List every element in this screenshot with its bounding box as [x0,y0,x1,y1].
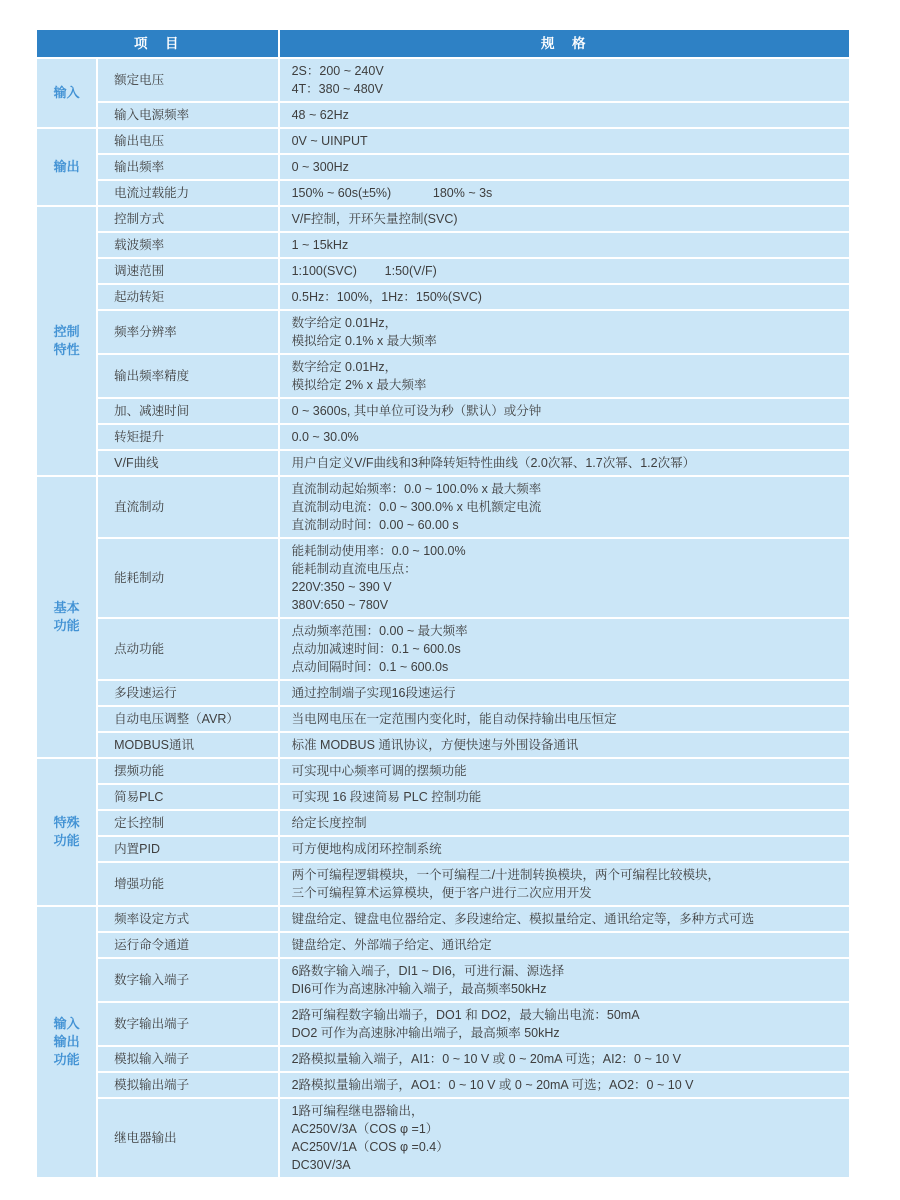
item-cell: 转矩提升 [98,425,277,449]
spec-cell: 2S：200 ~ 240V 4T：380 ~ 480V [280,59,849,101]
table-row: 调速范围1:100(SVC) 1:50(V/F) [37,259,849,283]
table-row: 起动转矩0.5Hz：100%，1Hz：150%(SVC) [37,285,849,309]
item-cell: 频率设定方式 [98,907,277,931]
spec-cell: 150% ~ 60s(±5%) 180% ~ 3s [280,181,849,205]
table-row: 控制 特性控制方式V/F控制，开环矢量控制(SVC) [37,207,849,231]
table-row: 转矩提升0.0 ~ 30.0% [37,425,849,449]
item-cell: 模拟输出端子 [98,1073,277,1097]
spec-cell: 能耗制动使用率：0.0 ~ 100.0% 能耗制动直流电压点： 220V:350… [280,539,849,617]
table-row: 输出频率0 ~ 300Hz [37,155,849,179]
item-cell: 输出频率精度 [98,355,277,397]
table-row: 运行命令通道键盘给定、外部端子给定、通讯给定 [37,933,849,957]
table-row: 输入 输出 功能频率设定方式键盘给定、键盘电位器给定、多段速给定、模拟量给定、通… [37,907,849,931]
table-row: 模拟输出端子2路模拟量输出端子，AO1：0 ~ 10 V 或 0 ~ 20mA … [37,1073,849,1097]
spec-cell: 通过控制端子实现16段速运行 [280,681,849,705]
spec-table: 项 目 规 格 输入额定电压2S：200 ~ 240V 4T：380 ~ 480… [35,28,851,1179]
item-cell: 能耗制动 [98,539,277,617]
table-row: 点动功能点动频率范围：0.00 ~ 最大频率 点动加减速时间：0.1 ~ 600… [37,619,849,679]
group-cell: 输入 [37,59,96,127]
spec-cell: 0 ~ 3600s, 其中单位可设为秒（默认）或分钟 [280,399,849,423]
item-cell: 输出频率 [98,155,277,179]
table-row: 数字输入端子6路数字输入端子，DI1 ~ DI6，可进行漏、源选择 DI6可作为… [37,959,849,1001]
table-row: V/F曲线用户自定义V/F曲线和3种降转矩特性曲线（2.0次幂、1.7次幂、1.… [37,451,849,475]
spec-cell: 0.5Hz：100%，1Hz：150%(SVC) [280,285,849,309]
item-cell: V/F曲线 [98,451,277,475]
table-row: 频率分辨率数字给定 0.01Hz， 模拟给定 0.1% x 最大频率 [37,311,849,353]
spec-cell: 标准 MODBUS 通讯协议，方便快速与外围设备通讯 [280,733,849,757]
item-cell: 输出电压 [98,129,277,153]
spec-cell: 数字给定 0.01Hz， 模拟给定 0.1% x 最大频率 [280,311,849,353]
item-cell: 调速范围 [98,259,277,283]
item-cell: 频率分辨率 [98,311,277,353]
spec-cell: 1路可编程继电器输出， AC250V/3A（COS φ =1） AC250V/1… [280,1099,849,1177]
item-cell: MODBUS通讯 [98,733,277,757]
spec-cell: 2路模拟量输出端子，AO1：0 ~ 10 V 或 0 ~ 20mA 可选；AO2… [280,1073,849,1097]
table-row: 输入额定电压2S：200 ~ 240V 4T：380 ~ 480V [37,59,849,101]
spec-cell: 1:100(SVC) 1:50(V/F) [280,259,849,283]
item-cell: 摆频功能 [98,759,277,783]
table-row: 输出频率精度数字给定 0.01Hz， 模拟给定 2% x 最大频率 [37,355,849,397]
group-cell: 控制 特性 [37,207,96,475]
spec-cell: 键盘给定、外部端子给定、通讯给定 [280,933,849,957]
table-row: MODBUS通讯标准 MODBUS 通讯协议，方便快速与外围设备通讯 [37,733,849,757]
item-cell: 运行命令通道 [98,933,277,957]
spec-cell: 2路可编程数字输出端子，DO1 和 DO2，最大输出电流：50mA DO2 可作… [280,1003,849,1045]
item-cell: 额定电压 [98,59,277,101]
spec-cell: 0V ~ UINPUT [280,129,849,153]
item-cell: 输入电源频率 [98,103,277,127]
item-cell: 定长控制 [98,811,277,835]
spec-cell: 点动频率范围：0.00 ~ 最大频率 点动加减速时间：0.1 ~ 600.0s … [280,619,849,679]
spec-cell: 可实现 16 段速简易 PLC 控制功能 [280,785,849,809]
item-cell: 内置PID [98,837,277,861]
header-row: 项 目 规 格 [37,30,849,57]
group-cell: 输入 输出 功能 [37,907,96,1177]
item-cell: 模拟输入端子 [98,1047,277,1071]
spec-cell: 48 ~ 62Hz [280,103,849,127]
table-row: 载波频率1 ~ 15kHz [37,233,849,257]
spec-cell: V/F控制，开环矢量控制(SVC) [280,207,849,231]
item-cell: 自动电压调整（AVR） [98,707,277,731]
item-cell: 加、减速时间 [98,399,277,423]
item-cell: 多段速运行 [98,681,277,705]
spec-cell: 两个可编程逻辑模块，一个可编程二/十进制转换模块，两个可编程比较模块， 三个可编… [280,863,849,905]
table-row: 特殊 功能摆频功能可实现中心频率可调的摆频功能 [37,759,849,783]
table-row: 能耗制动能耗制动使用率：0.0 ~ 100.0% 能耗制动直流电压点： 220V… [37,539,849,617]
item-cell: 简易PLC [98,785,277,809]
group-cell: 基本 功能 [37,477,96,757]
item-cell: 控制方式 [98,207,277,231]
table-row: 加、减速时间0 ~ 3600s, 其中单位可设为秒（默认）或分钟 [37,399,849,423]
group-cell: 特殊 功能 [37,759,96,905]
table-row: 增强功能两个可编程逻辑模块，一个可编程二/十进制转换模块，两个可编程比较模块， … [37,863,849,905]
table-row: 输出输出电压0V ~ UINPUT [37,129,849,153]
spec-table-header: 项 目 规 格 [37,30,849,57]
item-cell: 增强功能 [98,863,277,905]
spec-cell: 2路模拟量输入端子，AI1：0 ~ 10 V 或 0 ~ 20mA 可选；AI2… [280,1047,849,1071]
spec-cell: 0 ~ 300Hz [280,155,849,179]
spec-cell: 键盘给定、键盘电位器给定、多段速给定、模拟量给定、通讯给定等，多种方式可选 [280,907,849,931]
header-item-column: 项 目 [37,30,278,57]
header-spec-column: 规 格 [280,30,849,57]
spec-cell: 直流制动起始频率：0.0 ~ 100.0% x 最大频率 直流制动电流：0.0 … [280,477,849,537]
table-row: 数字输出端子2路可编程数字输出端子，DO1 和 DO2，最大输出电流：50mA … [37,1003,849,1045]
table-row: 电流过载能力150% ~ 60s(±5%) 180% ~ 3s [37,181,849,205]
table-row: 简易PLC可实现 16 段速简易 PLC 控制功能 [37,785,849,809]
group-cell: 输出 [37,129,96,205]
spec-cell: 数字给定 0.01Hz， 模拟给定 2% x 最大频率 [280,355,849,397]
spec-cell: 可实现中心频率可调的摆频功能 [280,759,849,783]
table-row: 多段速运行通过控制端子实现16段速运行 [37,681,849,705]
spec-cell: 1 ~ 15kHz [280,233,849,257]
spec-sheet-page: 项 目 规 格 输入额定电压2S：200 ~ 240V 4T：380 ~ 480… [0,0,900,1200]
item-cell: 点动功能 [98,619,277,679]
table-row: 输入电源频率48 ~ 62Hz [37,103,849,127]
item-cell: 载波频率 [98,233,277,257]
spec-cell: 用户自定义V/F曲线和3种降转矩特性曲线（2.0次幂、1.7次幂、1.2次幂） [280,451,849,475]
table-row: 自动电压调整（AVR）当电网电压在一定范围内变化时，能自动保持输出电压恒定 [37,707,849,731]
spec-cell: 给定长度控制 [280,811,849,835]
table-row: 定长控制给定长度控制 [37,811,849,835]
item-cell: 继电器输出 [98,1099,277,1177]
spec-table-body: 输入额定电压2S：200 ~ 240V 4T：380 ~ 480V输入电源频率4… [37,59,849,1177]
spec-cell: 当电网电压在一定范围内变化时，能自动保持输出电压恒定 [280,707,849,731]
table-row: 基本 功能直流制动直流制动起始频率：0.0 ~ 100.0% x 最大频率 直流… [37,477,849,537]
item-cell: 直流制动 [98,477,277,537]
spec-cell: 6路数字输入端子，DI1 ~ DI6，可进行漏、源选择 DI6可作为高速脉冲输入… [280,959,849,1001]
table-row: 继电器输出1路可编程继电器输出， AC250V/3A（COS φ =1） AC2… [37,1099,849,1177]
table-row: 模拟输入端子2路模拟量输入端子，AI1：0 ~ 10 V 或 0 ~ 20mA … [37,1047,849,1071]
item-cell: 数字输入端子 [98,959,277,1001]
item-cell: 电流过载能力 [98,181,277,205]
spec-cell: 0.0 ~ 30.0% [280,425,849,449]
item-cell: 数字输出端子 [98,1003,277,1045]
item-cell: 起动转矩 [98,285,277,309]
spec-cell: 可方便地构成闭环控制系统 [280,837,849,861]
table-row: 内置PID可方便地构成闭环控制系统 [37,837,849,861]
